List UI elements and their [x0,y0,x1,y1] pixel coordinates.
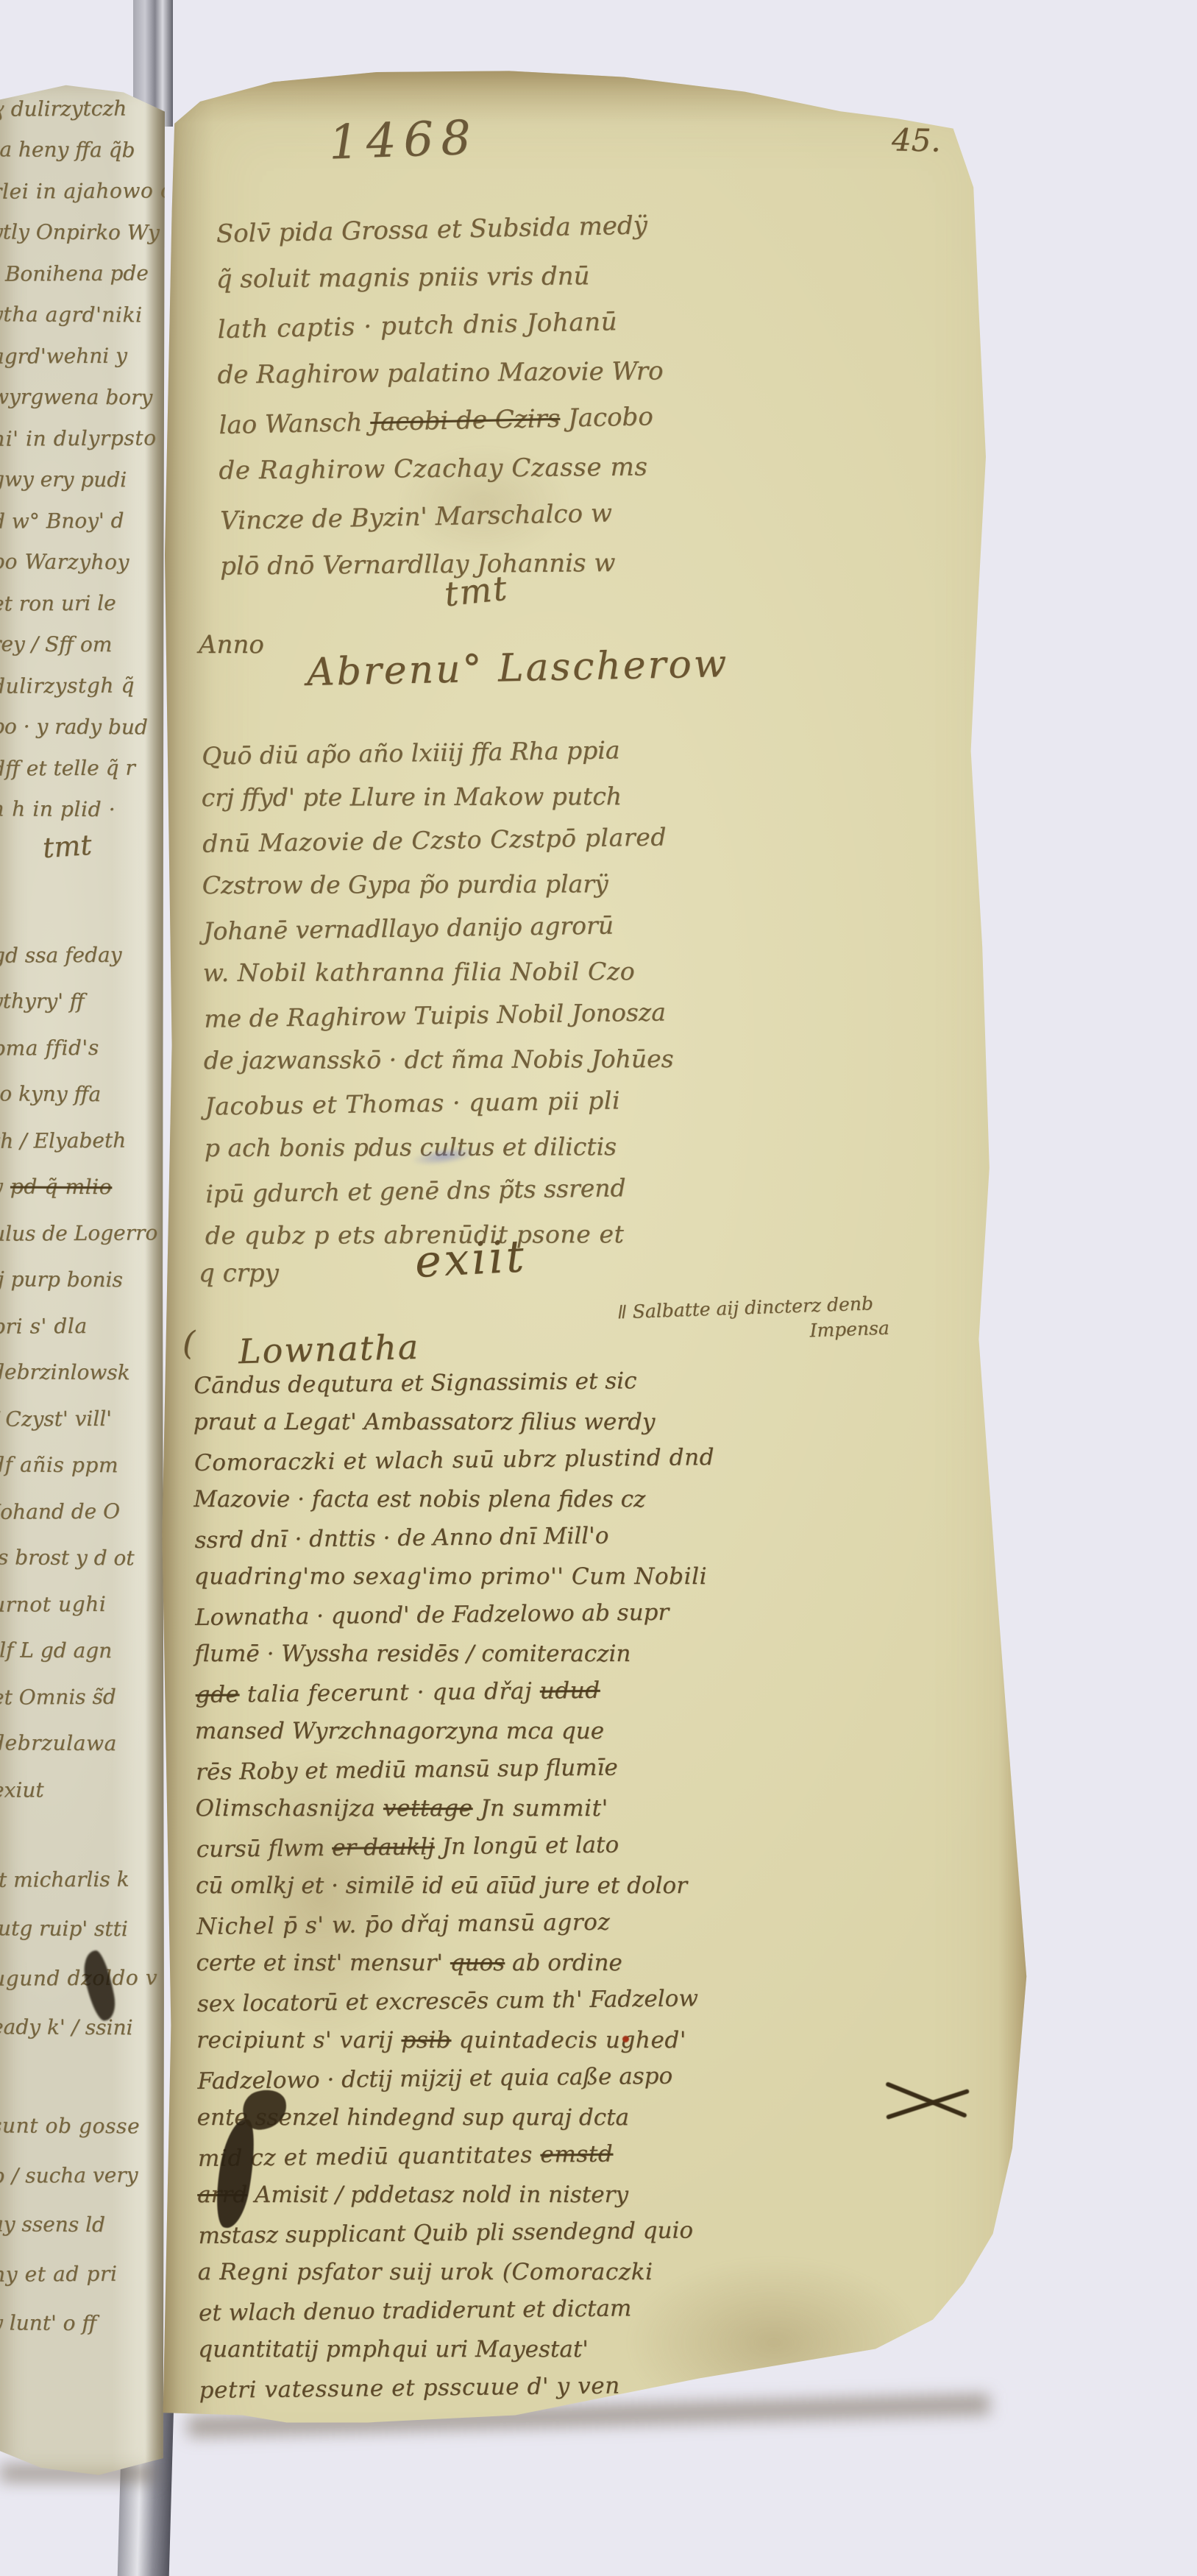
manuscript-line: dnū Mazovie de Czsto Czstpō plared [202,815,673,866]
paragraph-tail-word: q crpy [199,1259,279,1288]
cancellation-cross-stroke [886,2089,970,2120]
manuscript-line: y lunt' o ff [0,2298,165,2348]
manuscript-scan: ɣ dulirzytczhta heny ffa q̃brlei in ajah… [0,0,1197,2576]
entry-paragraph-mark: ( [182,1325,195,1362]
manuscript-line: lao Wansch Jacobi de Czirs Jacobo [219,393,665,450]
manuscript-line: de Raghirow Czachay Czasse ms [219,443,665,495]
section-heading-abrenunciacio: Abrenu° Lascherow [306,642,728,695]
left-page-text-block: it micharlis klutg ruip' sttiugund dzold… [0,1855,165,2397]
folio-number: 45. [892,121,942,158]
manuscript-line [0,2051,165,2102]
manuscript-line: a Regni psfator suij urok (Comoraczki [198,2252,718,2291]
manuscript-line: gwy ery pudi [0,459,165,500]
manuscript-line: et wlach denuo tradiderunt et dictam [199,2288,720,2333]
manuscript-line: Ilf L gd agn [0,1627,165,1674]
manuscript-line: lutg ruip' stti [0,1903,165,1953]
struck-word: psib [401,2026,451,2053]
manuscript-line: ta heny ffa q̃b [0,129,165,171]
manuscript-line: quantitatij pmphqui uri Mayestat' [198,2329,718,2368]
manuscript-line: ytly Onpirko Wy [0,211,165,253]
manuscript-line: Olimschasnijza vettage Jn summit' [195,1789,715,1828]
manuscript-line: eady k' / ssini [0,2002,165,2052]
manuscript-line: ij purp bonis [0,1256,165,1303]
manuscript-line: dff et telle q̃ r [0,747,165,790]
manuscript-line: Comoraczki et wlach suū ubrz plustind dn… [194,1438,715,1483]
manuscript-line: pri s' dla [0,1302,165,1350]
manuscript-line: quadring'mo sexag'imo primo'' Cum Nobili [194,1557,714,1596]
left-page-closing-mark: tmt [42,829,93,865]
manuscript-line: gd ssa feday [0,931,165,979]
manuscript-line: agrd'wehni y [0,335,165,378]
manuscript-line: ssrd dnī · dnttis · de Anno dnī Mill'o [194,1515,715,1560]
manuscript-line: lath captis · putch dnis Johanū [217,297,664,354]
manuscript-line: dulirzystgh q̃ [0,665,165,707]
manuscript-line: th / Elyabeth [0,1117,165,1164]
manuscript-line: exiut [0,1766,165,1814]
manuscript-line: et Omnis s̃d [0,1673,165,1721]
manuscript-line: Vincze de Byzin' Marschalco w [220,489,667,545]
manuscript-line: Czstrow de Gypa p̃o purdia plarÿ [202,861,672,907]
manuscript-line: Mazovie · facta est nobis plena fides cz [193,1480,714,1519]
manuscript-line: de Raghirow palatino Mazovie Wro [217,347,664,399]
manuscript-line: po Warzyhoy [0,541,165,583]
struck-word: emstd [540,2141,613,2168]
manuscript-line: cū omlkj et · similē id eū aīūd jure et … [196,1866,716,1906]
manuscript-line: mstasz supplicant Quib pli ssendegnd qui… [198,2211,719,2256]
manuscript-line: b / sucha very [0,2150,165,2201]
manuscript-line: ythyry' ff [0,977,165,1025]
margin-note-anno: Anno [199,630,264,659]
red-ink-dot [622,2036,629,2042]
manuscript-line: Cāndus dequtura et Signassimis et sic [193,1361,714,1406]
manuscript-line: rey / Sff om [0,623,165,665]
manuscript-line: ay ssens ld [0,2199,165,2249]
struck-word: gde [195,1681,239,1708]
manuscript-line: it micharlis k [0,1854,165,1905]
manuscript-line: pma ffid's [0,1024,165,1072]
manuscript-line: Jacobus et Thomas · quam pii pli [205,1078,675,1128]
manuscript-line: recipiunt s' varij psib quintadecis ughe… [196,2020,717,2059]
marginal-note: ǁ Salbatte aij dincterz denb Impensa [617,1291,889,1351]
manuscript-line: ny et ad pri [0,2248,165,2299]
record-paragraph-1: Solv̄ pida Grossa et Subsida medÿq̃ solu… [215,203,666,592]
left-page-strip: ɣ dulirzytczhta heny ffa q̃brlei in ajah… [0,78,165,2477]
manuscript-line: Lownatha · quond' de Fadzelowo ab supr [195,1593,716,1638]
manuscript-line: h h in plid · [0,788,165,830]
manuscript-line: debrzulawa [0,1719,165,1766]
manuscript-line: hi' in dulyrpsto [0,417,165,460]
struck-word: vettage [383,1795,473,1822]
manuscript-line: Johanē vernadllayo danijo agrorū [203,902,674,953]
manuscript-line: praut a Legat' Ambassatorz filius werdy [193,1403,714,1442]
left-page-text-block: gd ssa fedayythyry' ffpma ffid'sto kyny … [0,932,165,1813]
manuscript-line: Solv̄ pida Grossa et Subsida medÿ [216,202,662,258]
manuscript-line: ytha agrd'niki [0,294,165,336]
manuscript-line [0,2347,165,2398]
manuscript-page: 1468 45. Solv̄ pida Grossa et Subsida me… [156,65,1039,2516]
manuscript-line: gde talia fecerunt · qua dřaj udud [195,1670,716,1715]
manuscript-line: ulus de Logerro [0,1209,165,1257]
manuscript-line: debrzinlowsk [0,1348,165,1395]
manuscript-line: sex locatorū et excrescēs cum th' Fadzel… [197,1979,718,2024]
marginal-note-line: Impensa [809,1316,889,1344]
manuscript-line: is brost y d ot [0,1534,165,1581]
manuscript-line: mid cz et mediū quantitates emstd [198,2134,719,2179]
manuscript-line: crj ffyd' pte Llure in Makow putch [202,774,672,819]
manuscript-line: w. Nobil kathranna filia Nobil Czo [203,949,673,994]
manuscript-line: ugund dzoldo v [0,1953,165,2003]
manuscript-line: po · y rady bud [0,706,165,748]
manuscript-line: q̃ soluit magnis pniis vris dnū [216,252,662,303]
struck-word: pd q̃ mlio [10,1174,112,1199]
exiit-mark: exiit [413,1231,528,1288]
manuscript-line: ipū gdurch et genē dns p̃ts ssrend [205,1165,676,1216]
manuscript-line: wyrgwena bory [0,376,165,418]
manuscript-line: urnot ughi [0,1580,165,1628]
record-paragraph-2: Quō diū ap̃o año lxiiij ffa Rha ppiacrj … [201,729,675,1259]
year-heading: 1468 [328,110,479,170]
manuscript-line: df añis ppm [0,1441,165,1488]
manuscript-line: rlei in ajahowo o [0,170,165,213]
manuscript-line: arrd Amisit / pddetasz nold in nistery [197,2175,717,2214]
struck-word: quos [450,1949,505,1975]
manuscript-line: y pd q̃ mlio [0,1163,165,1210]
manuscript-line: Quō diū ap̃o año lxiiij ffa Rha ppia [202,727,672,778]
struck-word: er dauklj [332,1833,435,1861]
manuscript-line: · Bonihena pde [0,252,165,295]
manuscript-line: certe et inst' mensur' quos ab ordine [196,1943,717,1982]
struck-word: udud [539,1677,600,1705]
manuscript-line: cursū flwm er dauklj Jn longū et lato [196,1825,717,1869]
manuscript-line: Johand de O [0,1487,165,1535]
manuscript-line: flumē · Wyssha residēs / comiteraczin [194,1635,714,1674]
manuscript-line: d w° Bnoy' d [0,500,165,542]
manuscript-line: / Czyst' vill' [0,1395,165,1443]
closing-mark-tmt: tmt [442,568,510,615]
manuscript-line: rēs Roby et mediū mansū sup flumīe [196,1747,717,1792]
record-paragraph-3: Cāndus dequtura et Signassimis et sicpra… [193,1362,719,2408]
manuscript-line: sunt ob gosse [0,2101,165,2151]
manuscript-line: me de Raghirow Tuipis Nobil Jonosza [204,990,675,1041]
struck-word: Jacobi de Czirs [370,404,561,437]
manuscript-line: mansed Wyrzchnagorzyna mca que [195,1712,715,1751]
manuscript-line: Nichel p̄ s' w. p̄o dřaj mansū agroz [196,1902,717,1947]
left-page-text-block: ɣ dulirzytczhta heny ffa q̃brlei in ajah… [0,88,165,830]
manuscript-line: to kyny ffa [0,1070,165,1117]
manuscript-line: et ron uri le [0,582,165,625]
manuscript-line: de jazwansskō · dct ñma Nobis Johūes [204,1036,674,1082]
